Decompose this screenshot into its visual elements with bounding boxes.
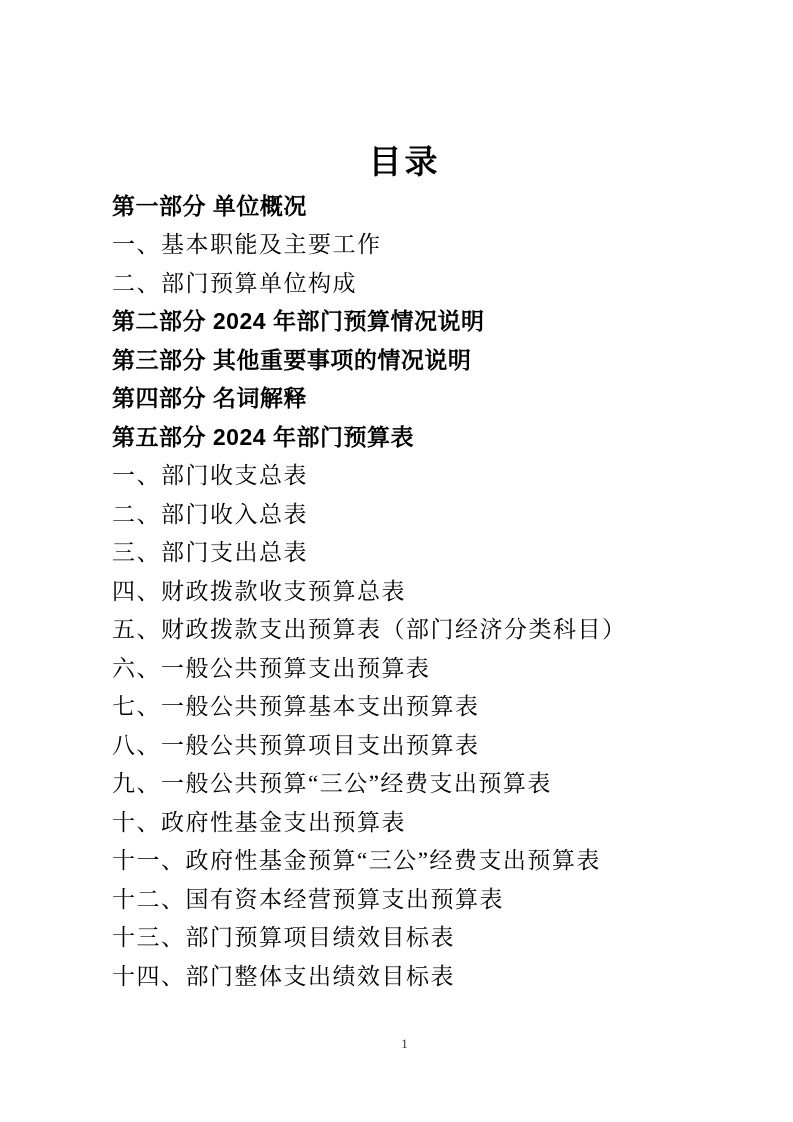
toc-item: 八、一般公共预算项目支出预算表: [112, 724, 697, 763]
toc-list: 第一部分 单位概况一、基本职能及主要工作二、部门预算单位构成第二部分 2024 …: [112, 185, 697, 994]
toc-item: 六、一般公共预算支出预算表: [112, 647, 697, 686]
toc-item: 七、一般公共预算基本支出预算表: [112, 686, 697, 725]
document-page: 目录 第一部分 单位概况一、基本职能及主要工作二、部门预算单位构成第二部分 20…: [0, 0, 793, 1122]
toc-title: 目录: [112, 136, 697, 183]
toc-section-heading: 第四部分 名词解释: [112, 378, 697, 417]
toc-item: 二、部门预算单位构成: [112, 262, 697, 301]
toc-item: 四、财政拨款收支预算总表: [112, 570, 697, 609]
toc-item: 五、财政拨款支出预算表（部门经济分类科目）: [112, 609, 697, 648]
toc-item: 三、部门支出总表: [112, 532, 697, 571]
page-number: 1: [112, 1036, 697, 1052]
toc-item: 十三、部门预算项目绩效目标表: [112, 917, 697, 956]
toc-item: 九、一般公共预算“三公”经费支出预算表: [112, 763, 697, 802]
toc-section-heading: 第一部分 单位概况: [112, 185, 697, 224]
toc-section-heading: 第二部分 2024 年部门预算情况说明: [112, 301, 697, 340]
toc-item: 一、部门收支总表: [112, 455, 697, 494]
toc-item: 十、政府性基金支出预算表: [112, 801, 697, 840]
toc-item: 十二、国有资本经营预算支出预算表: [112, 878, 697, 917]
toc-item: 十一、政府性基金预算“三公”经费支出预算表: [112, 840, 697, 879]
toc-section-heading: 第三部分 其他重要事项的情况说明: [112, 339, 697, 378]
toc-section-heading: 第五部分 2024 年部门预算表: [112, 416, 697, 455]
toc-item: 十四、部门整体支出绩效目标表: [112, 955, 697, 994]
toc-item: 一、基本职能及主要工作: [112, 224, 697, 263]
toc-item: 二、部门收入总表: [112, 493, 697, 532]
